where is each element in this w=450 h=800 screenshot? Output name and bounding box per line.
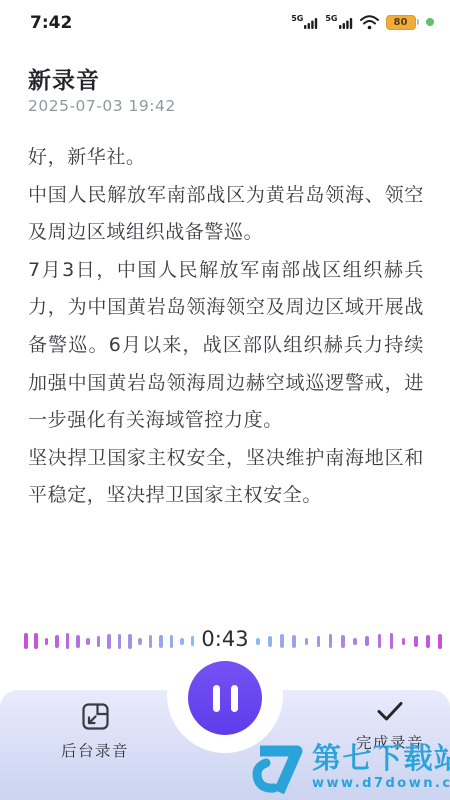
waveform-bar xyxy=(438,634,442,649)
background-record-label: 后台录音 xyxy=(55,739,135,761)
waveform-right xyxy=(256,624,442,658)
page-title: 新录音 xyxy=(28,62,100,95)
waveform-bar xyxy=(107,634,111,649)
waveform-bar xyxy=(76,635,80,648)
waveform-bar xyxy=(45,638,49,645)
pause-icon xyxy=(213,685,220,712)
battery-icon: 80 xyxy=(386,15,420,30)
waveform-bar xyxy=(34,633,38,649)
transcript-paragraph: 好，新华社。 xyxy=(28,139,424,177)
waveform-bar xyxy=(97,636,101,647)
waveform-left xyxy=(24,624,194,658)
signal-strength-icon-2: 5G xyxy=(325,15,352,30)
battery-percent: 80 xyxy=(394,17,408,28)
waveform-bar xyxy=(317,636,321,647)
waveform-bar xyxy=(414,636,418,647)
recording-screen: 7:42 5G 5G xyxy=(0,0,450,800)
clock: 7:42 xyxy=(30,13,72,33)
waveform-bar xyxy=(128,634,132,649)
waveform-bar xyxy=(329,634,333,648)
signal-bars-icon xyxy=(304,15,318,30)
recording-datetime: 2025-07-03 19:42 xyxy=(28,97,176,115)
status-bar: 7:42 5G 5G xyxy=(0,0,450,44)
check-icon xyxy=(375,700,405,722)
waveform-bar xyxy=(118,634,122,649)
pip-minimize-icon xyxy=(82,703,109,730)
waveform-bar xyxy=(256,638,260,645)
watermark-site-name: 第七下载站 xyxy=(312,741,450,775)
mic-in-use-indicator xyxy=(426,18,434,26)
transcript-paragraph: 7月3日，中国人民解放军南部战区组织赫兵力，为中国黄岩岛领海领空及周边区域开展战… xyxy=(28,252,424,440)
waveform-bar xyxy=(180,638,184,645)
transcript-paragraph: 中国人民解放军南部战区为黄岩岛领海、领空及周边区域组织战备警巡。 xyxy=(28,177,424,252)
pause-icon xyxy=(231,685,238,712)
watermark-texts: 第七下载站 www.d7down.com xyxy=(312,741,450,791)
d7down-logo-icon xyxy=(250,741,308,798)
watermark: 第七下载站 www.d7down.com xyxy=(250,741,450,798)
waveform-bar xyxy=(378,634,382,648)
waveform-bar xyxy=(341,635,345,648)
waveform-bar xyxy=(138,638,142,645)
waveform-bar xyxy=(305,638,309,645)
waveform-bar xyxy=(268,636,272,647)
waveform-row: 0:43 xyxy=(0,624,450,658)
elapsed-time: 0:43 xyxy=(193,627,257,651)
waveform-bar xyxy=(66,633,70,649)
waveform-bar xyxy=(292,635,296,648)
waveform-bar xyxy=(170,635,174,648)
waveform-bar xyxy=(402,638,406,645)
status-icons: 5G 5G xyxy=(291,13,434,31)
waveform-bar xyxy=(149,635,153,648)
waveform-bar xyxy=(365,636,369,646)
waveform-bar xyxy=(353,638,357,645)
signal-bars-icon xyxy=(339,15,353,30)
watermark-url: www.d7down.com xyxy=(312,776,450,791)
wifi-icon xyxy=(360,15,379,30)
waveform-bar xyxy=(86,638,90,645)
waveform-bar xyxy=(390,633,394,649)
transcript-paragraph: 坚决捍卫国家主权安全，坚决维护南海地区和平稳定，坚决捍卫国家主权安全。 xyxy=(28,440,424,515)
waveform-bar xyxy=(24,633,28,649)
waveform-bar xyxy=(426,635,430,648)
waveform-bar xyxy=(159,635,163,648)
pause-button[interactable] xyxy=(188,661,262,735)
background-record-button[interactable]: 后台录音 xyxy=(55,703,135,761)
signal-strength-icon-1: 5G xyxy=(291,15,318,30)
transcript: 好，新华社。 中国人民解放军南部战区为黄岩岛领海、领空及周边区域组织战备警巡。 … xyxy=(28,139,424,515)
battery-tip xyxy=(417,19,420,25)
waveform-bar xyxy=(55,635,59,648)
waveform-bar xyxy=(280,634,284,648)
